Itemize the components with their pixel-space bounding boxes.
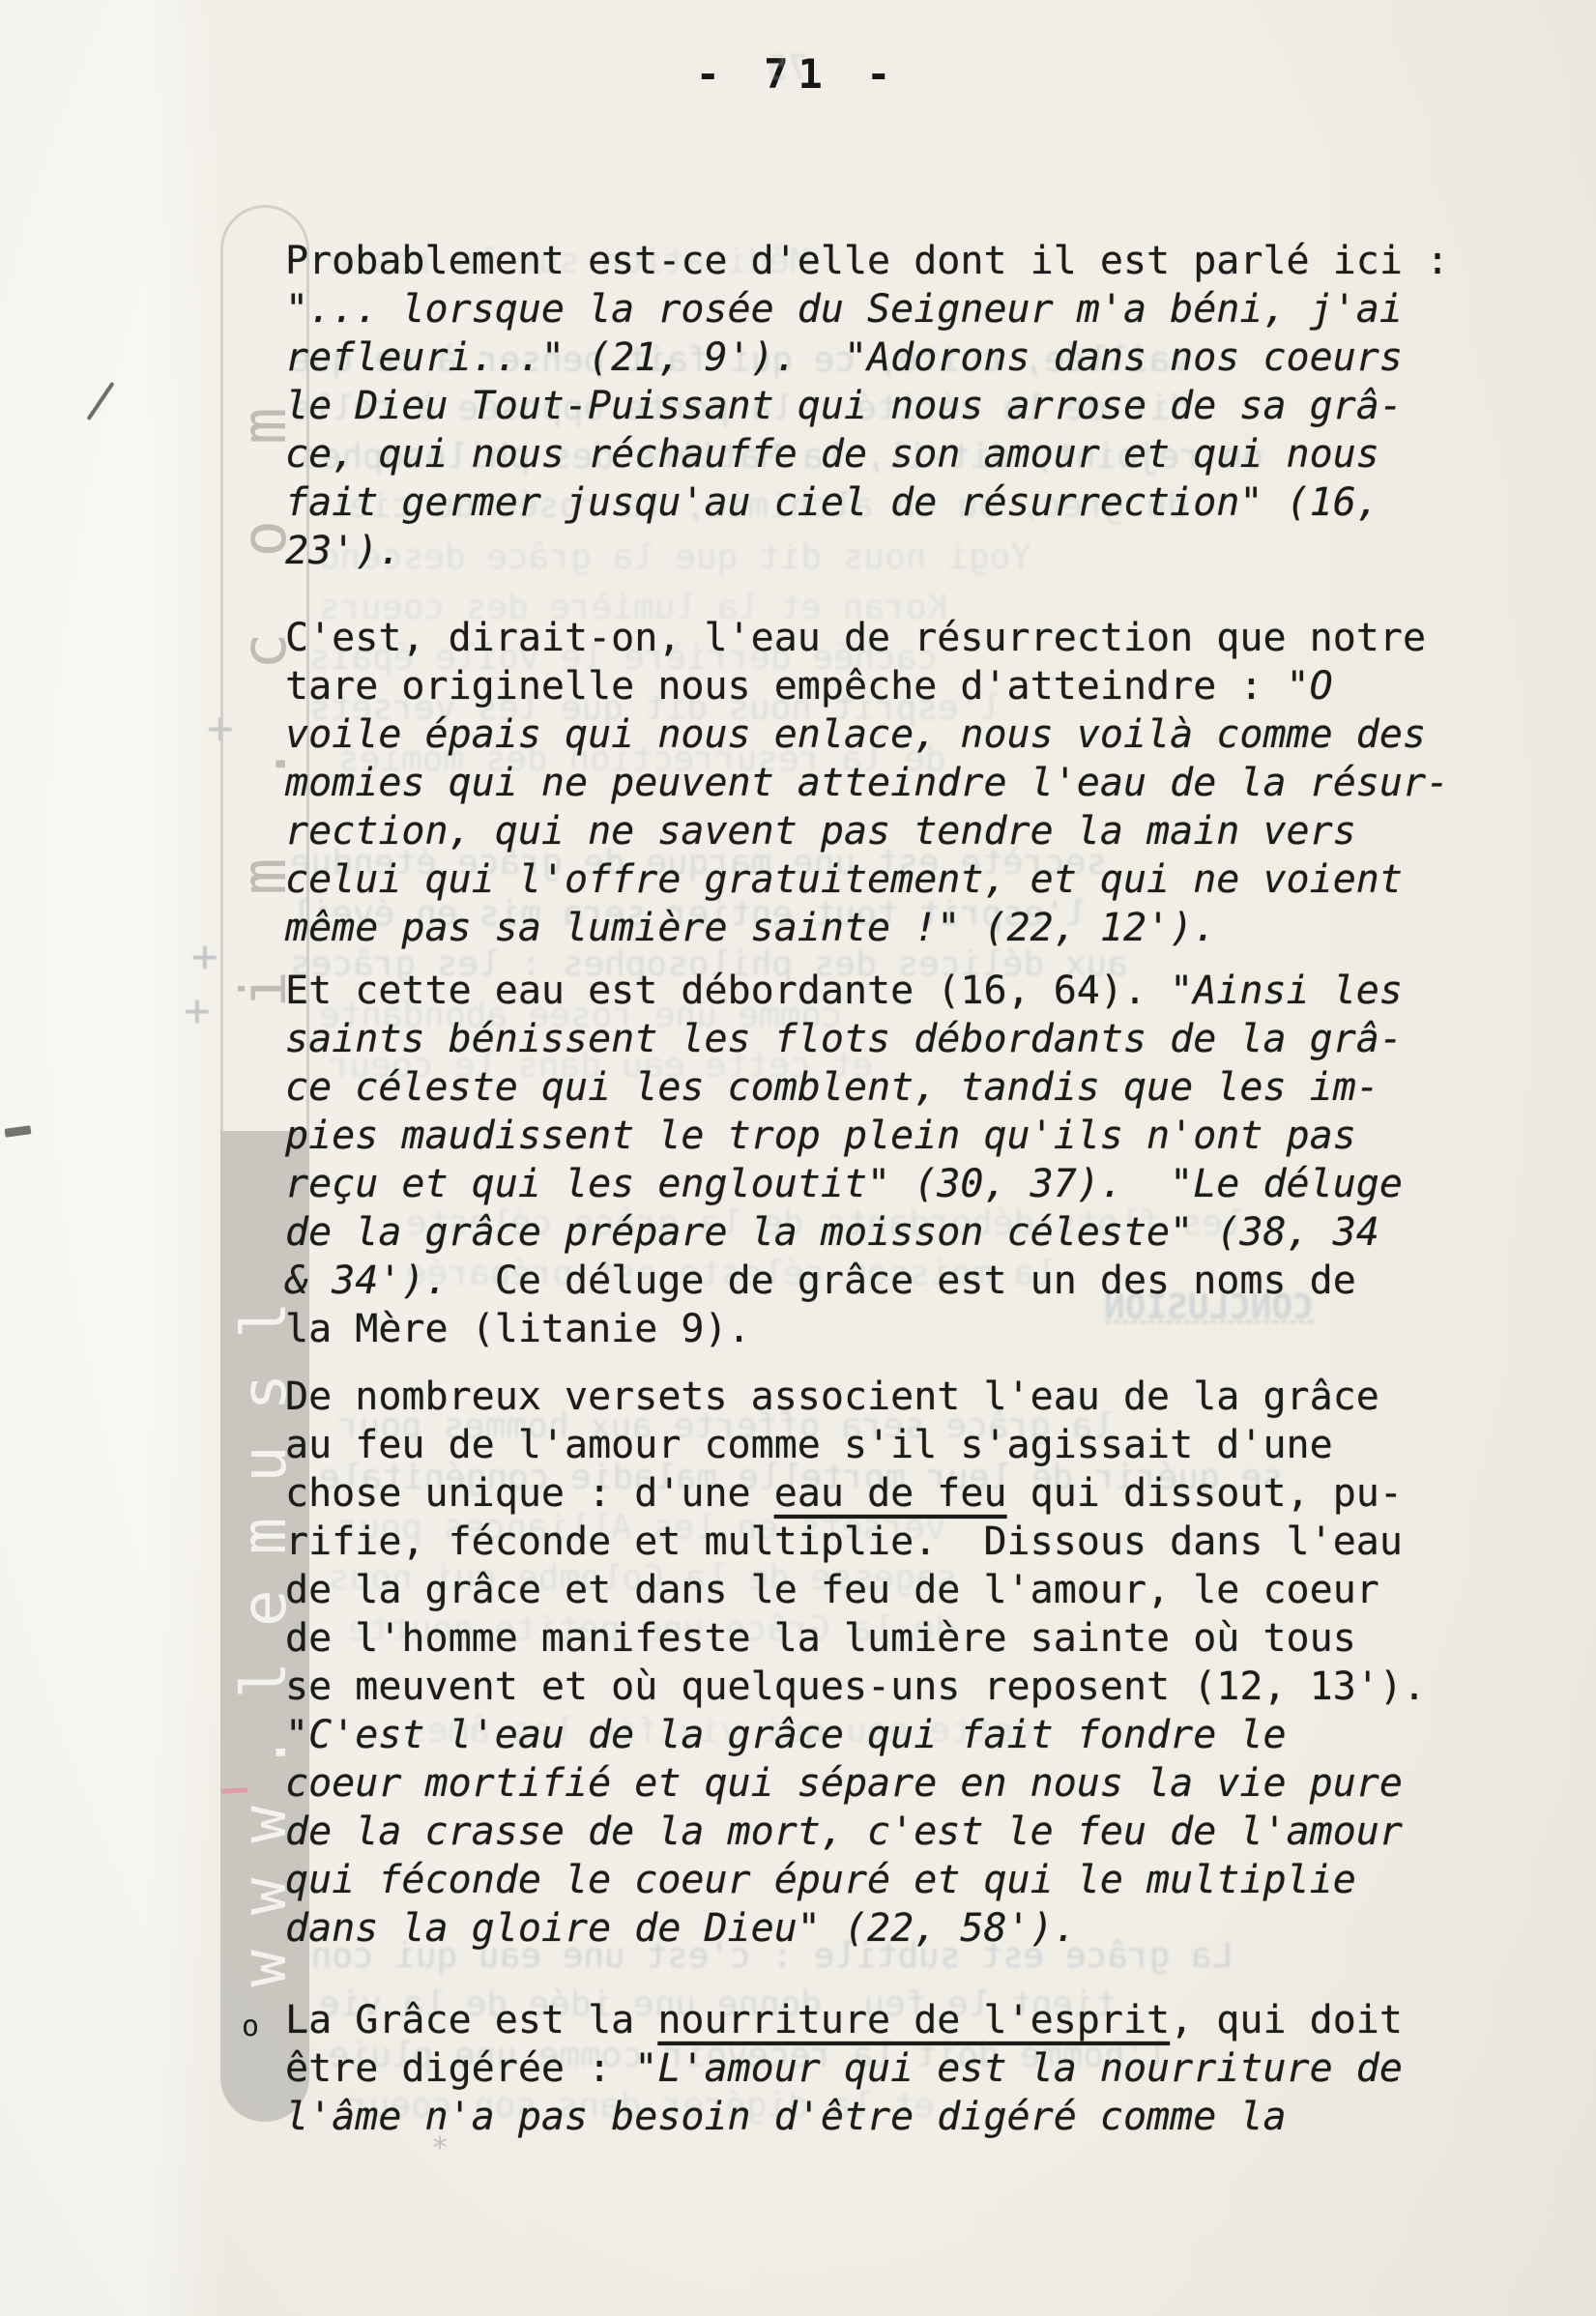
text-line: de la grâce et dans le feu de l'amour, l…	[285, 1566, 1513, 1614]
text-segment: "O	[1287, 664, 1333, 709]
text-segment: tare originelle nous empêche d'atteindre…	[285, 664, 1287, 709]
text-segment: & 34').	[285, 1259, 495, 1303]
text-segment: rifie, féconde et multiplie. Dissous dan…	[285, 1520, 1403, 1564]
text-segment: reçu et qui les engloutit" (30, 37). "Le…	[285, 1162, 1403, 1206]
text-line: le Dieu Tout-Puissant qui nous arrose de…	[285, 382, 1513, 430]
text-segment: qui féconde le coeur épuré et qui le mul…	[285, 1858, 1356, 1902]
text-line: momies qui ne peuvent atteindre l'eau de…	[285, 759, 1513, 807]
text-segment: de la grâce et dans le feu de l'amour, l…	[285, 1568, 1379, 1612]
text-segment: saints bénissent les flots débordants de…	[285, 1017, 1403, 1061]
text-segment: De nombreux versets associent l'eau de l…	[285, 1375, 1379, 1419]
text-segment: La Grâce est la	[285, 1998, 657, 2042]
typewritten-text-layer: Probablement est-ce d'elle dont il est p…	[0, 0, 1596, 2316]
text-segment: "... lorsque la rosée du Seigneur m'a bé…	[285, 287, 1403, 332]
text-segment: ce, qui nous réchauffe de son amour et q…	[285, 432, 1379, 477]
text-segment: C'est, dirait-on, l'eau de résurrection …	[285, 616, 1426, 660]
text-segment: 23').	[285, 529, 401, 573]
text-segment: Ce déluge de grâce est un des noms de	[495, 1259, 1356, 1303]
text-segment: refleuri..." (21, 9'). "Adorons dans nos…	[285, 335, 1403, 380]
text-line: coeur mortifié et qui sépare en nous la …	[285, 1759, 1513, 1808]
text-line: pies maudissent le trop plein qu'ils n'o…	[285, 1112, 1513, 1160]
text-line: au feu de l'amour comme s'il s'agissait …	[285, 1421, 1513, 1469]
text-line: la Mère (litanie 9).	[285, 1305, 1513, 1353]
text-line: qui féconde le coeur épuré et qui le mul…	[285, 1856, 1513, 1904]
text-line: tare originelle nous empêche d'atteindre…	[285, 662, 1513, 710]
text-line: La Grâce est la nourriture de l'esprit, …	[285, 1996, 1513, 2044]
text-segment: l'âme n'a pas besoin d'être digéré comme…	[285, 2095, 1287, 2139]
text-segment: Et cette eau est débordante (16, 64).	[285, 969, 1170, 1013]
text-segment: voile épais qui nous enlace, nous voilà …	[285, 712, 1426, 757]
text-line: de l'homme manifeste la lumière sainte o…	[285, 1614, 1513, 1663]
text-segment: rection, qui ne savent pas tendre la mai…	[285, 809, 1356, 854]
text-line: l'âme n'a pas besoin d'être digéré comme…	[285, 2093, 1513, 2141]
text-segment: même pas sa lumière sainte !" (22, 12').	[285, 906, 1216, 950]
text-line: & 34'). Ce déluge de grâce est un des no…	[285, 1257, 1513, 1305]
text-segment: "C'est l'eau de la grâce qui fait fondre…	[285, 1713, 1287, 1757]
text-line: rection, qui ne savent pas tendre la mai…	[285, 807, 1513, 855]
text-segment: Probablement est-ce d'elle dont il est p…	[285, 239, 1449, 283]
text-segment: eau de feu	[774, 1471, 1007, 1516]
text-segment: "L'amour qui est la nourriture de	[634, 2046, 1403, 2091]
text-line: saints bénissent les flots débordants de…	[285, 1015, 1513, 1063]
text-line: être digérée : "L'amour qui est la nourr…	[285, 2044, 1513, 2093]
text-segment: celui qui l'offre gratuitement, et qui n…	[285, 857, 1403, 902]
paragraph: oLa Grâce est la nourriture de l'esprit,…	[285, 1996, 1513, 2141]
text-line: Et cette eau est débordante (16, 64). "A…	[285, 967, 1513, 1015]
text-segment: chose unique : d'une	[285, 1471, 774, 1516]
text-segment: au feu de l'amour comme s'il s'agissait …	[285, 1423, 1333, 1467]
text-segment: de l'homme manifeste la lumière sainte o…	[285, 1616, 1356, 1661]
paragraph: Et cette eau est débordante (16, 64). "A…	[285, 967, 1513, 1353]
text-segment: dans la gloire de Dieu" (22, 58').	[285, 1906, 1077, 1951]
text-line: chose unique : d'une eau de feu qui diss…	[285, 1469, 1513, 1518]
text-segment: pies maudissent le trop plein qu'ils n'o…	[285, 1114, 1356, 1158]
text-segment: momies qui ne peuvent atteindre l'eau de…	[285, 761, 1449, 805]
text-segment: être digérée :	[285, 2046, 634, 2091]
paragraph: C'est, dirait-on, l'eau de résurrection …	[285, 614, 1513, 952]
text-line: ce, qui nous réchauffe de son amour et q…	[285, 430, 1513, 478]
text-line: "... lorsque la rosée du Seigneur m'a bé…	[285, 285, 1513, 333]
paragraph: Probablement est-ce d'elle dont il est p…	[285, 237, 1513, 575]
text-segment: de la grâce prépare la moisson céleste" …	[285, 1210, 1379, 1255]
text-line: refleuri..." (21, 9'). "Adorons dans nos…	[285, 333, 1513, 382]
text-line: de la crasse de la mort, c'est le feu de…	[285, 1808, 1513, 1856]
list-bullet: o	[242, 2010, 259, 2043]
text-line: de la grâce prépare la moisson céleste" …	[285, 1208, 1513, 1257]
text-segment: la Mère (litanie 9).	[285, 1307, 751, 1351]
text-segment: nourriture de l'esprit	[657, 1998, 1170, 2042]
text-segment: qui dissout, pu-	[1007, 1471, 1403, 1516]
scanned-document-page: - 71 - 75Méditation sur la roséevaillée,…	[0, 0, 1596, 2316]
text-segment: fait germer jusqu'au ciel de résurrectio…	[285, 480, 1379, 525]
text-segment: ce céleste qui les comblent, tandis que …	[285, 1065, 1379, 1110]
text-segment: "Ainsi les	[1170, 969, 1403, 1013]
text-line: fait germer jusqu'au ciel de résurrectio…	[285, 478, 1513, 527]
text-segment: coeur mortifié et qui sépare en nous la …	[285, 1761, 1403, 1806]
text-line: 23').	[285, 527, 1513, 575]
text-line: C'est, dirait-on, l'eau de résurrection …	[285, 614, 1513, 662]
text-line: dans la gloire de Dieu" (22, 58').	[285, 1904, 1513, 1953]
text-line: se meuvent et où quelques-uns reposent (…	[285, 1663, 1513, 1711]
text-segment: de la crasse de la mort, c'est le feu de…	[285, 1809, 1403, 1854]
text-segment: le Dieu Tout-Puissant qui nous arrose de…	[285, 384, 1403, 428]
text-segment: se meuvent et où quelques-uns reposent (…	[285, 1665, 1426, 1709]
text-line: Probablement est-ce d'elle dont il est p…	[285, 237, 1513, 285]
text-line: celui qui l'offre gratuitement, et qui n…	[285, 855, 1513, 904]
text-line: reçu et qui les engloutit" (30, 37). "Le…	[285, 1160, 1513, 1208]
text-line: De nombreux versets associent l'eau de l…	[285, 1373, 1513, 1421]
text-line: rifie, féconde et multiplie. Dissous dan…	[285, 1518, 1513, 1566]
text-line: voile épais qui nous enlace, nous voilà …	[285, 710, 1513, 759]
text-line: même pas sa lumière sainte !" (22, 12').	[285, 904, 1513, 952]
paragraph: De nombreux versets associent l'eau de l…	[285, 1373, 1513, 1953]
text-line: ce céleste qui les comblent, tandis que …	[285, 1063, 1513, 1112]
text-line: "C'est l'eau de la grâce qui fait fondre…	[285, 1711, 1513, 1759]
text-segment: , qui doit	[1170, 1998, 1403, 2042]
